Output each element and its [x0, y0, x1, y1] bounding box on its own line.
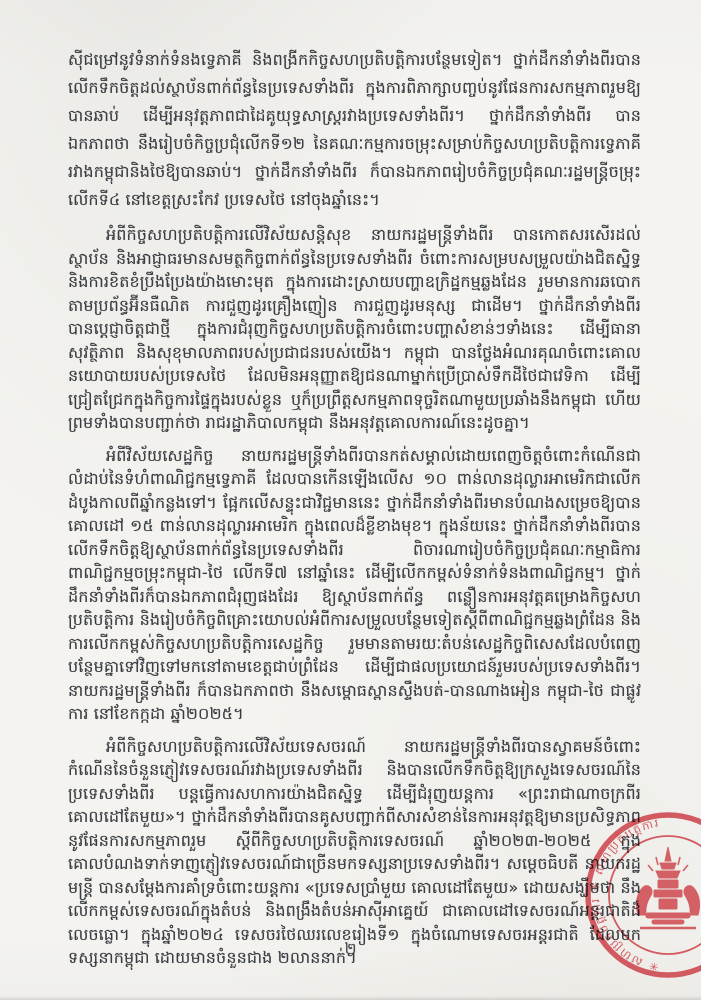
scanned-document-page: ស៊ីជម្រៅនូវទំនាក់ទំនងទ្វេភាគី និងពង្រីកក… [0, 0, 701, 1000]
paragraph-security-cooperation: អំពីកិច្ចសហប្រតិបត្តិការលើវិស័យសន្តិសុខ … [68, 223, 641, 435]
paragraph-continuation: ស៊ីជម្រៅនូវទំនាក់ទំនងទ្វេភាគី និងពង្រីកក… [68, 46, 641, 214]
royal-arms-emblem [636, 847, 699, 928]
paragraph-economy: អំពីវិស័យសេដ្ឋកិច្ច នាយករដ្ឋមន្ត្រីទាំងព… [68, 444, 641, 726]
page-number: ២ [0, 938, 701, 962]
page-bottom-edge-shadow [0, 996, 701, 1000]
document-body: ស៊ីជម្រៅនូវទំនាក់ទំនងទ្វេភាគី និងពង្រីកក… [68, 46, 641, 979]
paragraph-tourism: អំពីកិច្ចសហប្រតិបត្តិការលើវិស័យទេសចរណ៍ ន… [68, 735, 641, 970]
